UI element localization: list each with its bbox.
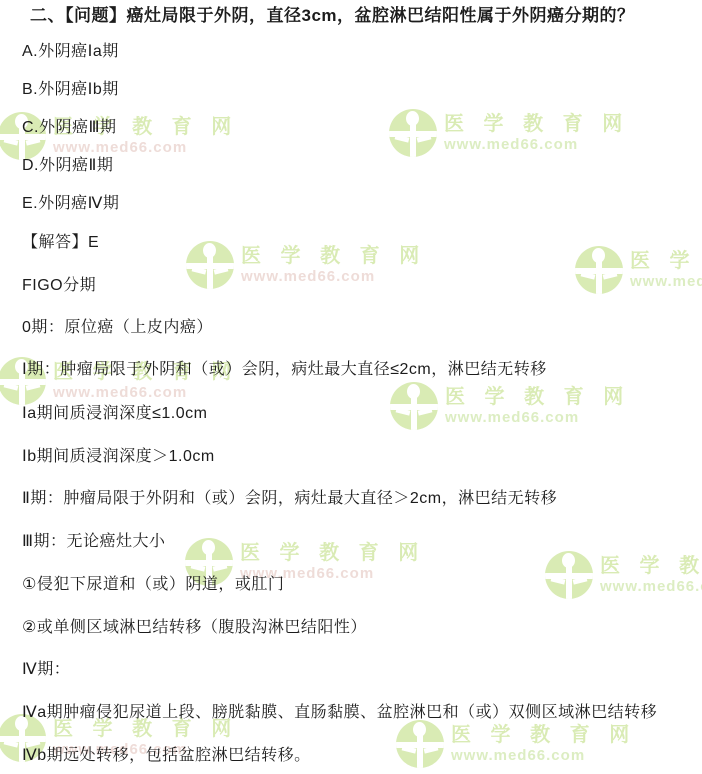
option-e: E.外阴癌Ⅳ期 [22,194,119,214]
explanation-line-stage4: Ⅳ期： [22,660,70,680]
explanation-line-stage1b: Ⅰb期间质浸润深度＞1.0cm [22,447,215,467]
explanation-line-stage1: Ⅰ期：肿瘤局限于外阴和（或）会阴，病灶最大直径≤2cm，淋巴结无转移 [22,360,547,380]
med66-cross-icon [575,246,623,294]
watermark-site-name: 医 学 教 育 网 [240,543,425,564]
watermark-site-url: www.med66.com [451,748,636,764]
answer-line: 【解答】E [22,233,99,253]
watermark-site-url: www.med66.com [53,385,238,401]
watermark-site-name: 医 学 教 育 网 [600,556,702,577]
watermark: 医 学 教 育 网www.med66.com [545,551,702,599]
med66-cross-icon [545,551,593,599]
explanation-line-item1: ①侵犯下尿道和（或）阴道，或肛门 [22,575,284,595]
explanation-line-stage0: 0期：原位癌（上皮内癌） [22,318,213,338]
med66-cross-icon [186,241,234,289]
option-b: B.外阴癌Ⅰb期 [22,80,119,100]
med66-cross-icon [389,109,437,157]
explanation-line-stage4a: Ⅳa期肿瘤侵犯尿道上段、膀胱黏膜、直肠黏膜、盆腔淋巴和（或）双侧区域淋巴结转移 [22,703,657,723]
watermark-site-name: 医 学 教 育 网 [241,246,426,267]
explanation-line-item2: ②或单侧区域淋巴结转移（腹股沟淋巴结阳性） [22,618,367,638]
watermark-site-name: 医 学 教 育 网 [445,387,630,408]
explanation-line-stage2: Ⅱ期：肿瘤局限于外阴和（或）会阴，病灶最大直径＞2cm，淋巴结无转移 [22,489,557,509]
explanation-line-figo: FIGO分期 [22,276,96,296]
watermark: 医 学 教 育 网www.med66.com [390,382,630,430]
option-c: C.外阴癌Ⅲ期 [22,118,117,138]
watermark-site-url: www.med66.com [445,410,630,426]
exam-question-page: 医 学 教 育 网www.med66.com 医 学 教 育 网www.med6… [0,0,702,774]
explanation-line-stage3: Ⅲ期：无论癌灶大小 [22,532,166,552]
question-title: 二、【问题】癌灶局限于外阴，直径3cm，盆腔淋巴结阳性属于外阴癌分期的？ [30,6,635,26]
watermark: 医 学 教 育 网www.med66.com [396,720,636,768]
watermark-site-url: www.med66.com [241,269,426,285]
watermark-site-name: 医 学 教 育 网 [630,251,702,272]
med66-cross-icon [390,382,438,430]
option-d: D.外阴癌Ⅱ期 [22,156,113,176]
watermark-site-url: www.med66.com [444,137,629,153]
watermark: 医 学 教 育 网www.med66.com [575,246,702,294]
option-a: A.外阴癌Ⅰa期 [22,42,119,62]
watermark-site-url: www.med66.com [53,140,238,156]
watermark-site-name: 医 学 教 育 网 [444,114,629,135]
watermark-site-name: 医 学 教 育 网 [451,725,636,746]
watermark-site-url: www.med66.com [600,579,702,595]
watermark-site-url: www.med66.com [630,274,702,290]
watermark: 医 学 教 育 网www.med66.com [186,241,426,289]
med66-cross-icon [396,720,444,768]
watermark: 医 学 教 育 网www.med66.com [389,109,629,157]
explanation-line-stage1a: Ⅰa期间质浸润深度≤1.0cm [22,404,207,424]
explanation-line-stage4b: Ⅳb期远处转移，包括盆腔淋巴结转移。 [22,746,311,766]
